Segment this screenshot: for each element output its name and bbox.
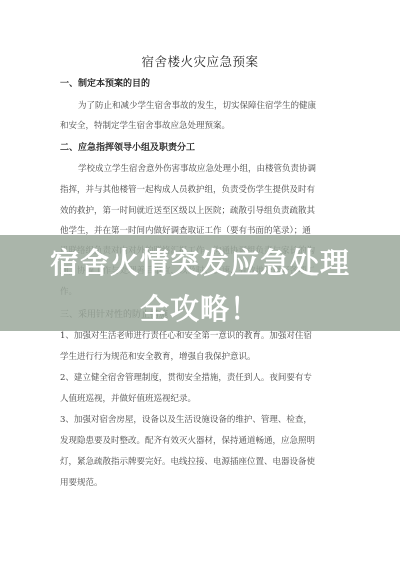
paragraph-line: 2、建立健全宿舍管理制度，贯彻安全措施，责任到人。夜间要有专 <box>60 371 344 383</box>
paragraph-line: 为了防止和减少学生宿舍事故的发生，切实保障住宿学生的健康 <box>78 99 344 111</box>
section-heading-1: 一、制定本预案的目的 <box>60 76 150 89</box>
paragraph-line: 效的救护，第一时间就近送至区级以上医院；疏散引导组负责疏散其 <box>60 204 344 216</box>
document-title: 宿舍楼火灾应急预案 <box>0 52 400 70</box>
paragraph-line: 学校成立学生宿舍意外伤害事故应急处理小组，由楼管负责协调 <box>78 162 344 174</box>
paragraph-line: 发现隐患要及时整改。配齐有效灭火器材，保持通道畅通，应急照明 <box>60 434 344 446</box>
paragraph-line: 用要规范。 <box>60 476 344 488</box>
banner-title: 宿舍火情突发应急处理 全攻略！ <box>0 240 400 332</box>
paragraph-line: 指挥，并与其他楼管一起构成人员救护组，负责受伤学生提供及时有 <box>60 183 344 195</box>
banner-title-line-1: 宿舍火情突发应急处理 <box>0 240 400 286</box>
paragraph-line: 学生进行行为规范和安全教育，增强自我保护意识。 <box>60 350 344 362</box>
section-heading-2: 二、应急指挥领导小组及职责分工 <box>60 140 195 153</box>
paragraph-line: 和安全，特制定学生宿舍事故应急处理预案。 <box>60 119 344 131</box>
paragraph-line: 3、加强对宿舍房屋，设备以及生活设施设备的维护、管理、检查， <box>60 413 344 425</box>
banner-title-line-2: 全攻略！ <box>0 286 400 332</box>
paragraph-line: 灯，紧急疏散指示牌要完好。电线拉接、电源插座位置、电器设备使 <box>60 455 344 467</box>
paragraph-line: 人值班巡视，并做好值班巡视纪录。 <box>60 392 344 404</box>
